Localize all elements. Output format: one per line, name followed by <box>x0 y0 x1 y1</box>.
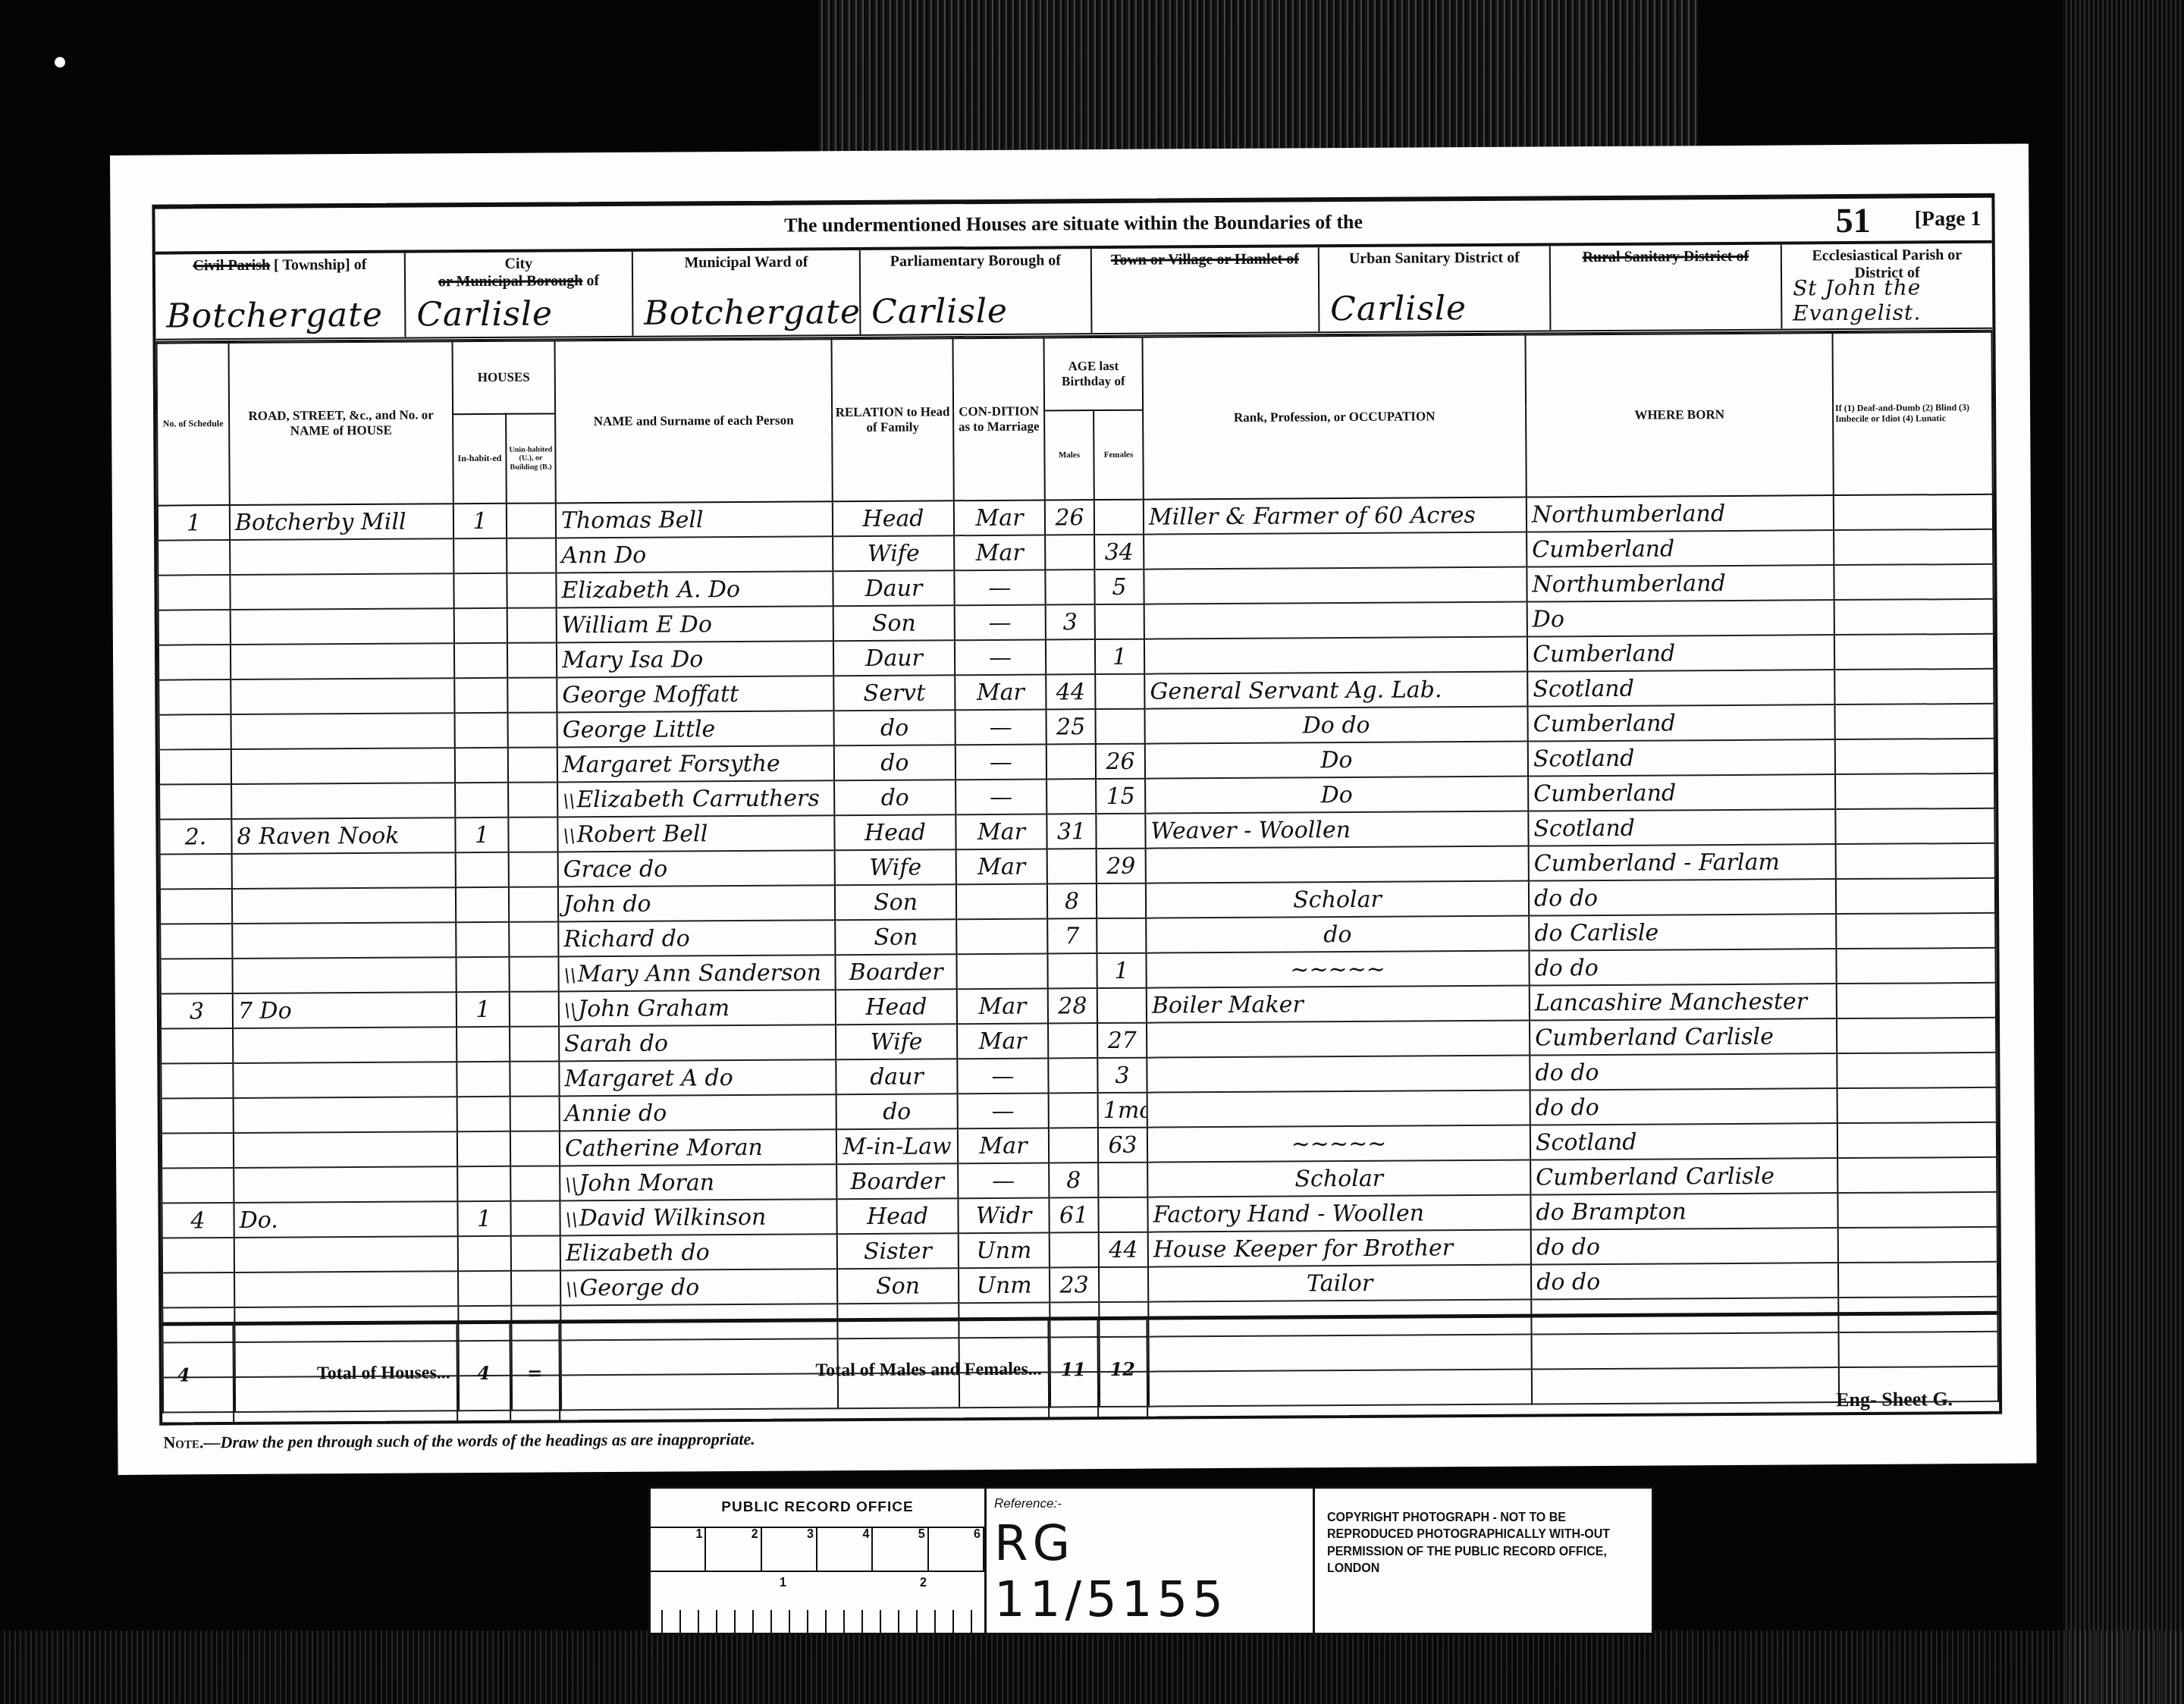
row-schedule <box>161 1028 233 1064</box>
col-where-born: WHERE BORN <box>1525 333 1833 497</box>
row-where-born: Cumberland <box>1528 774 1835 811</box>
row-relation: Head <box>836 1198 958 1234</box>
form-title: The undermentioned Houses are situate wi… <box>155 207 1992 241</box>
row-schedule <box>159 784 231 820</box>
row-infirmity <box>1836 843 1995 879</box>
row-infirmity <box>1836 878 1995 914</box>
row-address <box>234 1236 458 1273</box>
total-persons-label: Total of Males and Females... <box>560 1320 1050 1421</box>
row-occupation: Boiler Maker <box>1147 986 1530 1023</box>
row-condition: Mar <box>958 1128 1049 1163</box>
row-female-age <box>1097 988 1147 1023</box>
row-condition: Mar <box>954 535 1045 570</box>
row-where-born: Lancashire Manchester <box>1530 984 1837 1020</box>
district-value: Botchergate <box>644 293 861 333</box>
total-schedules: 4 <box>162 1326 234 1424</box>
row-address <box>231 643 454 679</box>
row-where-born: do do <box>1529 879 1836 915</box>
row-relation: Son <box>835 884 956 920</box>
row-address <box>230 538 453 575</box>
row-relation: Son <box>835 919 956 955</box>
row-name: David Wilkinson <box>560 1199 836 1235</box>
row-address <box>234 1097 457 1133</box>
row-name: Margaret Forsythe <box>557 745 834 782</box>
row-name: George do <box>560 1269 837 1305</box>
row-condition: Mar <box>955 814 1046 849</box>
reference-box: Reference:- RG 11/5155 <box>987 1489 1315 1633</box>
row-infirmity <box>1834 634 1994 670</box>
row-infirmity <box>1836 913 1995 949</box>
row-female-age: 3 <box>1097 1058 1147 1093</box>
census-page: The undermentioned Houses are situate wi… <box>110 144 2037 1475</box>
row-condition: Unm <box>959 1232 1050 1268</box>
district-header-row: Civil Parish [ Township] of Botchergate … <box>155 243 1993 343</box>
row-female-age: 1 <box>1095 639 1144 674</box>
row-schedule <box>158 679 231 715</box>
row-inhabited <box>454 678 507 713</box>
district-value: Carlisle <box>416 294 553 334</box>
row-condition: — <box>955 604 1046 640</box>
row-name: Thomas Bell <box>556 501 833 538</box>
row-male-age <box>1049 1093 1098 1128</box>
row-condition: — <box>958 1093 1049 1128</box>
row-where-born: Cumberland Carlisle <box>1530 1018 1837 1055</box>
row-male-age: 31 <box>1046 814 1096 849</box>
row-address <box>231 678 454 714</box>
row-name: John Graham <box>559 990 836 1026</box>
row-address <box>230 573 453 610</box>
row-occupation: ~~~~~ <box>1147 1125 1530 1163</box>
row-condition: — <box>955 779 1046 814</box>
row-address <box>232 887 456 924</box>
row-schedule: 3 <box>161 993 233 1029</box>
row-address: Botcherby Mill <box>230 504 453 540</box>
row-female-age <box>1095 604 1144 639</box>
total-uninhabited: = <box>510 1323 560 1421</box>
eng-sheet-label: Eng- Sheet G. <box>1836 1388 1953 1411</box>
row-male-age: 8 <box>1049 1163 1098 1197</box>
row-schedule <box>159 714 231 750</box>
row-name: Robert Bell <box>557 815 834 852</box>
row-name: John Moran <box>560 1164 836 1200</box>
district-ecclesiastical-parish: Ecclesiastical Parish or District of St … <box>1782 243 1993 329</box>
row-male-age: 23 <box>1050 1267 1099 1302</box>
row-address <box>233 1027 457 1063</box>
row-male-age: 28 <box>1048 988 1097 1023</box>
row-male-age: 61 <box>1049 1197 1098 1232</box>
row-occupation: Miller & Farmer of 60 Acres <box>1144 497 1527 535</box>
col-condition: CON-DITION as to Marriage <box>953 337 1045 501</box>
col-relation: RELATION to Head of Family <box>832 338 954 501</box>
row-condition <box>956 918 1047 954</box>
row-where-born: Northumberland <box>1527 495 1834 532</box>
row-name: Mary Isa Do <box>557 641 833 677</box>
census-form: The undermentioned Houses are situate wi… <box>152 193 2002 1426</box>
row-relation: Son <box>837 1268 959 1304</box>
ruler-inch: 1 2 <box>651 1572 984 1633</box>
col-females: Females <box>1094 410 1144 500</box>
row-name: Elizabeth do <box>560 1234 837 1270</box>
row-female-age <box>1096 814 1145 849</box>
row-condition <box>956 953 1047 989</box>
row-condition: Mar <box>957 988 1048 1024</box>
row-female-age: 26 <box>1096 744 1145 779</box>
row-where-born: Scotland <box>1528 739 1835 776</box>
row-occupation: Weaver - Woollen <box>1145 811 1528 849</box>
row-occupation <box>1147 1021 1530 1058</box>
district-rural-sanitary: Rural Sanitary District of <box>1551 245 1783 331</box>
row-uninhabited <box>510 991 559 1026</box>
row-uninhabited <box>510 1026 559 1061</box>
row-female-age <box>1097 883 1146 918</box>
row-where-born: do do <box>1531 1228 1838 1264</box>
row-infirmity <box>1837 1087 1997 1123</box>
row-female-age: 1mo <box>1098 1093 1147 1128</box>
row-infirmity <box>1835 774 1994 809</box>
row-schedule <box>160 854 232 890</box>
row-condition: Unm <box>959 1267 1050 1303</box>
row-condition: Mar <box>956 849 1047 884</box>
row-male-age <box>1047 849 1097 883</box>
row-infirmity <box>1838 1227 1997 1263</box>
district-municipal-ward: Municipal Ward of Botchergate <box>633 250 861 336</box>
row-uninhabited <box>507 538 556 573</box>
total-houses-label: Total of Houses... <box>234 1324 458 1423</box>
row-schedule <box>162 1133 234 1169</box>
row-relation: Wife <box>835 849 956 885</box>
record-office-slip: PUBLIC RECORD OFFICE 123456 1 2 Referenc… <box>648 1486 1654 1635</box>
totals-row: 4 Total of Houses... 4 = Total of Males … <box>162 1311 1999 1424</box>
row-uninhabited <box>510 1061 559 1096</box>
row-male-age: 26 <box>1045 500 1094 535</box>
row-inhabited <box>453 538 507 573</box>
row-uninhabited <box>507 712 557 747</box>
row-inhabited <box>456 922 509 957</box>
row-address <box>233 1062 457 1098</box>
row-inhabited <box>453 573 507 608</box>
row-where-born: Cumberland - Farlam <box>1529 844 1836 880</box>
row-name: Annie do <box>560 1094 836 1131</box>
row-male-age <box>1045 570 1094 604</box>
row-infirmity <box>1834 529 1993 565</box>
row-female-age <box>1098 1163 1147 1197</box>
row-male-age <box>1045 535 1094 570</box>
col-occupation: Rank, Profession, or OCCUPATION <box>1143 335 1527 500</box>
row-uninhabited <box>507 642 557 677</box>
row-infirmity <box>1834 494 1993 530</box>
row-female-age: 27 <box>1097 1023 1147 1058</box>
scan-bottom-noise <box>0 1630 2184 1704</box>
row-schedule: 1 <box>158 505 230 541</box>
row-inhabited <box>457 1097 510 1131</box>
row-occupation <box>1144 532 1527 570</box>
row-relation: Daur <box>833 570 954 606</box>
district-urban-sanitary: Urban Sanitary District of Carlisle <box>1319 246 1552 331</box>
row-relation: daur <box>836 1059 957 1094</box>
row-male-age <box>1046 639 1095 674</box>
row-inhabited <box>456 852 509 887</box>
row-uninhabited <box>508 782 557 817</box>
row-condition: — <box>957 1058 1048 1094</box>
row-inhabited <box>457 1131 510 1166</box>
row-inhabited <box>454 643 507 678</box>
row-male-age <box>1046 779 1096 814</box>
row-condition: — <box>955 744 1046 780</box>
row-occupation <box>1144 637 1527 674</box>
row-schedule <box>158 575 230 610</box>
row-female-age: 44 <box>1099 1232 1148 1267</box>
row-uninhabited <box>509 887 558 921</box>
row-uninhabited <box>507 677 557 712</box>
row-uninhabited <box>510 1131 560 1166</box>
row-uninhabited <box>511 1270 560 1305</box>
row-infirmity <box>1837 1053 1996 1088</box>
row-inhabited: 1 <box>457 1201 510 1236</box>
row-infirmity <box>1838 1262 1997 1298</box>
row-male-age <box>1046 744 1096 779</box>
row-where-born: Cumberland <box>1527 705 1834 741</box>
row-infirmity <box>1837 1157 1997 1193</box>
row-female-age <box>1097 918 1146 953</box>
row-inhabited <box>455 748 508 783</box>
row-inhabited: 1 <box>457 992 510 1027</box>
row-schedule <box>160 889 232 924</box>
row-inhabited <box>458 1271 511 1306</box>
row-inhabited <box>455 783 508 817</box>
form-note: Note.—Draw the pen through such of the w… <box>163 1429 755 1453</box>
district-parliamentary-borough: Parliamentary Borough of Carlisle <box>861 249 1093 334</box>
row-inhabited <box>457 1062 510 1097</box>
row-relation: do <box>834 780 955 815</box>
record-office-ruler: PUBLIC RECORD OFFICE 123456 1 2 <box>651 1489 987 1633</box>
row-relation: M-in-Law <box>836 1128 958 1164</box>
row-name: George Moffatt <box>557 676 833 712</box>
district-value: Carlisle <box>1330 289 1467 328</box>
district-civil-parish: Civil Parish [ Township] of Botchergate <box>155 253 406 339</box>
row-relation: Son <box>833 605 955 641</box>
row-infirmity <box>1835 739 1994 774</box>
row-schedule <box>161 1063 233 1099</box>
row-relation: do <box>836 1094 958 1129</box>
row-occupation: Tailor <box>1148 1265 1531 1302</box>
row-female-age <box>1095 674 1144 709</box>
row-relation: Servt <box>833 675 955 711</box>
row-infirmity <box>1837 1122 1997 1158</box>
row-where-born: do do <box>1531 1263 1838 1299</box>
row-inhabited: 1 <box>453 504 507 538</box>
row-infirmity <box>1834 599 1994 635</box>
district-town-village: Town or Village or Hamlet of <box>1092 247 1320 333</box>
col-infirmity: If (1) Deaf-and-Dumb (2) Blind (3) Imbec… <box>1832 332 1992 495</box>
row-inhabited <box>454 713 507 748</box>
row-where-born: Northumberland <box>1527 565 1834 601</box>
row-male-age <box>1047 953 1097 988</box>
row-male-age <box>1050 1232 1099 1267</box>
district-city: Cityor Municipal Borough of Carlisle <box>406 252 634 337</box>
row-relation: do <box>834 745 955 780</box>
row-male-age: 25 <box>1046 709 1096 744</box>
row-occupation <box>1144 567 1527 604</box>
row-infirmity <box>1834 669 1994 705</box>
row-uninhabited <box>509 956 558 991</box>
row-condition: Mar <box>954 500 1045 535</box>
row-condition: — <box>955 639 1046 675</box>
row-infirmity <box>1834 564 1993 600</box>
row-infirmity <box>1836 948 1995 984</box>
col-males: Males <box>1044 410 1094 500</box>
row-uninhabited <box>507 607 557 642</box>
row-occupation: Scholar <box>1147 1160 1530 1197</box>
row-female-age <box>1099 1267 1148 1302</box>
row-address <box>234 1271 458 1307</box>
row-schedule <box>159 749 231 785</box>
row-schedule: 4 <box>162 1203 234 1238</box>
row-schedule <box>162 1098 234 1134</box>
row-relation: Sister <box>837 1233 959 1269</box>
row-name: Elizabeth A. Do <box>556 571 833 607</box>
row-address <box>232 957 456 993</box>
row-address <box>231 748 455 784</box>
row-uninhabited <box>510 1166 560 1200</box>
row-name: Richard do <box>558 920 835 956</box>
row-male-age <box>1049 1128 1098 1163</box>
row-inhabited: 1 <box>455 817 508 852</box>
row-male-age: 44 <box>1046 674 1095 709</box>
row-relation: Daur <box>833 640 955 676</box>
ruler-cm: 123456 <box>651 1528 984 1572</box>
col-inhabited: In-habit-ed <box>453 414 507 504</box>
row-occupation: ~~~~~ <box>1146 951 1529 988</box>
row-uninhabited <box>507 503 556 538</box>
row-where-born: do do <box>1530 1088 1837 1125</box>
col-name: NAME and Surname of each Person <box>555 339 833 503</box>
row-where-born: Scotland <box>1527 670 1834 706</box>
row-occupation: General Servant Ag. Lab. <box>1144 672 1527 709</box>
row-address <box>234 1131 457 1168</box>
row-where-born: Scotland <box>1530 1123 1837 1160</box>
census-table: No. of Schedule ROAD, STREET, &c., and N… <box>156 331 2000 1414</box>
row-relation: Head <box>836 989 957 1025</box>
row-uninhabited <box>511 1235 560 1270</box>
row-infirmity <box>1834 704 1994 739</box>
row-schedule <box>162 1273 234 1308</box>
row-relation: do <box>834 710 955 745</box>
col-houses: HOUSES <box>453 340 556 414</box>
row-where-born: Cumberland Carlisle <box>1530 1158 1837 1194</box>
row-name: Mary Ann Sanderson <box>558 955 835 991</box>
row-condition: Widr <box>958 1197 1049 1233</box>
col-schedule: No. of Schedule <box>157 343 230 506</box>
row-schedule <box>162 1238 234 1273</box>
row-uninhabited <box>510 1096 560 1131</box>
row-name: George Little <box>557 711 834 747</box>
row-address: 7 Do <box>233 992 457 1028</box>
row-name: Ann Do <box>556 536 833 573</box>
row-schedule <box>158 610 231 645</box>
row-occupation: House Keeper for Brother <box>1148 1230 1531 1267</box>
row-condition: — <box>958 1163 1049 1198</box>
row-relation: Head <box>834 814 955 850</box>
district-value: Botchergate <box>166 296 383 336</box>
row-infirmity <box>1837 1192 1997 1228</box>
row-address <box>234 1166 457 1203</box>
row-infirmity <box>1835 808 1994 844</box>
row-male-age: 7 <box>1047 918 1097 953</box>
row-where-born: Cumberland <box>1527 530 1834 566</box>
row-address <box>232 922 456 959</box>
row-address: 8 Raven Nook <box>231 817 455 854</box>
row-name: Elizabeth Carruthers <box>557 780 834 817</box>
row-address <box>231 713 455 749</box>
row-inhabited <box>458 1236 511 1271</box>
row-occupation <box>1144 602 1527 639</box>
row-male-age <box>1048 1058 1097 1093</box>
row-inhabited <box>454 608 507 643</box>
row-infirmity <box>1837 983 1996 1018</box>
total-inhabited: 4 <box>457 1324 511 1422</box>
row-condition: Mar <box>957 1023 1048 1059</box>
row-where-born: Do <box>1527 600 1834 636</box>
row-female-age: 15 <box>1096 779 1145 814</box>
row-occupation: Factory Hand - Woollen <box>1147 1195 1530 1232</box>
total-males: 11 <box>1049 1320 1099 1418</box>
row-inhabited <box>456 957 509 992</box>
row-address: Do. <box>234 1201 457 1238</box>
row-inhabited <box>457 1166 510 1201</box>
row-where-born: do do <box>1530 1053 1837 1090</box>
row-name: John do <box>558 885 835 921</box>
row-relation: Wife <box>833 535 954 571</box>
sheet-number: 51 <box>1835 200 1870 240</box>
row-where-born: Scotland <box>1528 809 1835 846</box>
scan-background-noise <box>819 0 1699 152</box>
row-occupation: Do <box>1145 742 1528 779</box>
row-condition: Mar <box>955 674 1046 710</box>
row-uninhabited <box>508 817 557 852</box>
row-name: Grace do <box>558 850 835 887</box>
row-male-age <box>1048 1023 1097 1058</box>
row-male-age: 8 <box>1047 883 1097 918</box>
row-name: Margaret A do <box>559 1059 836 1096</box>
row-female-age: 63 <box>1098 1128 1147 1163</box>
row-relation: Wife <box>836 1024 957 1059</box>
row-condition: — <box>955 709 1046 745</box>
col-road: ROAD, STREET, &c., and No. or NAME of HO… <box>229 341 453 505</box>
row-address <box>232 852 456 889</box>
row-male-age: 3 <box>1046 604 1095 639</box>
row-relation: Head <box>833 501 954 536</box>
record-office-header: PUBLIC RECORD OFFICE <box>651 1489 984 1528</box>
row-schedule <box>160 924 232 959</box>
row-occupation <box>1146 846 1529 883</box>
row-condition: — <box>954 570 1045 605</box>
row-female-age: 29 <box>1097 849 1146 883</box>
row-name: Catherine Moran <box>560 1129 836 1166</box>
row-condition <box>956 883 1047 919</box>
row-where-born: do Brampton <box>1530 1193 1837 1229</box>
row-name: Sarah do <box>559 1025 836 1061</box>
row-infirmity <box>1837 1018 1996 1053</box>
row-uninhabited <box>507 573 556 607</box>
row-address <box>231 608 454 645</box>
row-schedule <box>162 1168 234 1203</box>
row-schedule <box>158 645 231 680</box>
page-number: [Page 1 <box>1915 207 1982 232</box>
reference-number: RG 11/5155 <box>994 1516 1313 1628</box>
row-uninhabited <box>509 852 558 887</box>
row-female-age: 5 <box>1094 570 1144 604</box>
row-uninhabited <box>510 1200 560 1235</box>
